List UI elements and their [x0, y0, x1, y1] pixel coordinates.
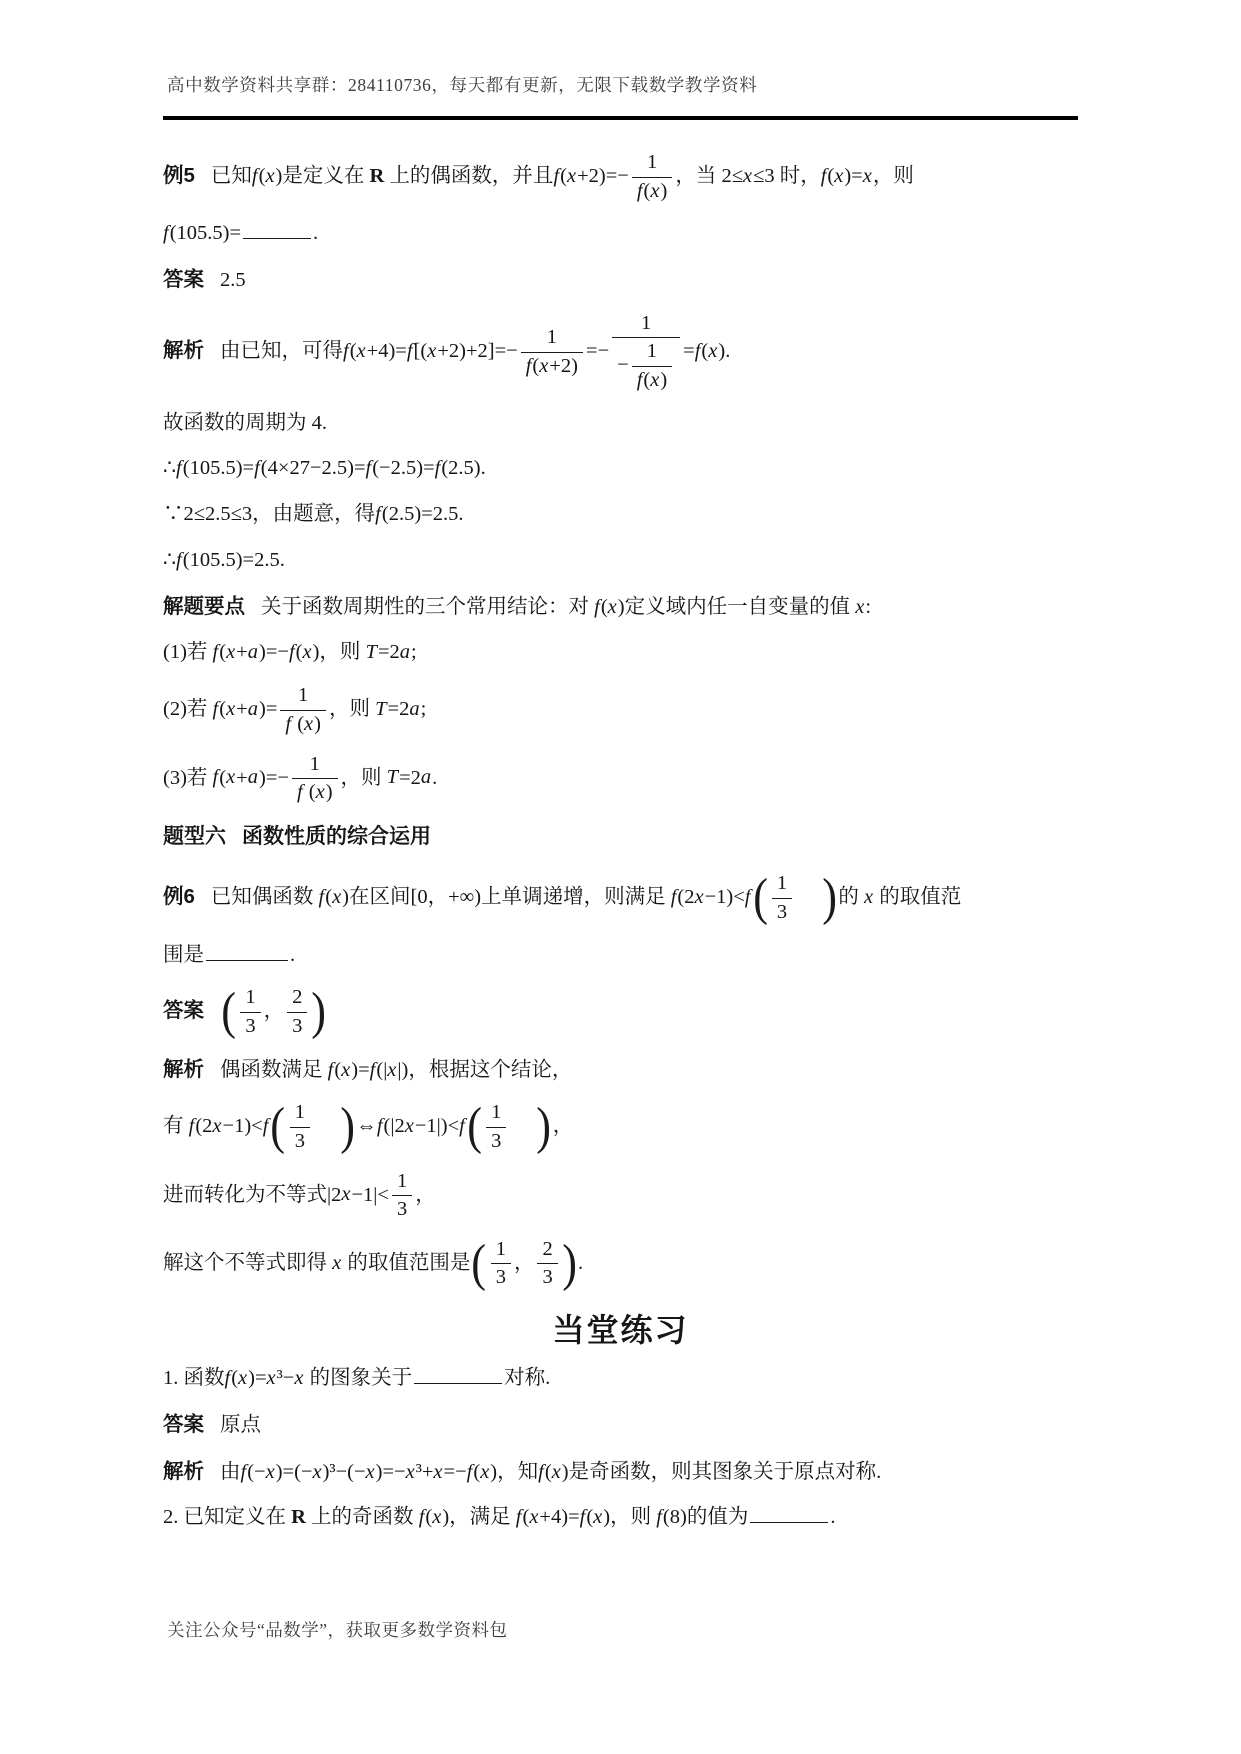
text-run: 在区间[0，+∞)上单调递增，则满足: [349, 886, 671, 908]
fraction-denominator: −1f(x): [612, 337, 680, 393]
math-run: =−: [586, 340, 609, 362]
math-run: 1: [397, 1170, 407, 1192]
text-run: ，知: [497, 1461, 538, 1483]
math-run: 1: [647, 151, 657, 173]
text-run: ，: [553, 1115, 574, 1137]
fraction-denominator: 3: [240, 1012, 260, 1040]
text-run: 解这个不等式即得: [163, 1252, 332, 1274]
math-run: f(x)=f(|x|): [328, 1059, 409, 1081]
math-run: 2≤x≤3: [721, 165, 774, 187]
math-run: f(105.5)=: [163, 222, 241, 244]
math-run: 1: [496, 1238, 506, 1260]
fraction-denominator: f(x): [632, 366, 672, 394]
math-run: |2x−1|<: [327, 1183, 389, 1205]
text-run: .: [313, 222, 318, 244]
math-run: f(−x)=(−x)³−(−x)=−x³+x=−f(x): [241, 1461, 498, 1483]
math-run: f(x): [419, 1506, 449, 1528]
fraction-denominator: f(x+2): [521, 352, 583, 380]
text-run: ;: [411, 641, 417, 663]
practice-q1-answer: 答案原点: [163, 1409, 1078, 1442]
example6-analysis: 解析偶函数满足 f(x)=f(|x|)，根据这个结论，: [163, 1054, 1078, 1087]
math-run: x: [332, 1252, 342, 1274]
math-fraction: 13: [772, 871, 792, 925]
page-header-text: 高中数学资料共享群：284110736，每天都有更新，无限下载数学教学资料: [167, 72, 1078, 97]
math-run: 3: [295, 1130, 305, 1152]
math-fraction: 1f(x): [632, 150, 672, 204]
text-run: (3)若: [163, 766, 213, 788]
big-paren: (: [221, 986, 236, 1038]
math-run: f(x+4)=f(x): [516, 1506, 610, 1528]
math-run: 1: [547, 326, 557, 348]
fraction-numerator: 1: [632, 339, 672, 366]
text-run: 偶函数满足: [220, 1059, 328, 1081]
math-fraction: 23: [537, 1237, 557, 1291]
math-run: f(x): [594, 596, 624, 618]
math-run: f(x): [637, 180, 667, 202]
math-run: 3: [491, 1130, 501, 1152]
bold-label: 函数性质的综合运用: [242, 825, 431, 848]
math-run: x: [855, 596, 865, 618]
text-run: 是定义在: [282, 165, 369, 187]
math-fraction: 1f(x+2): [521, 325, 583, 379]
bold-label: 解析: [163, 1058, 204, 1081]
math-run: f(8): [656, 1506, 687, 1528]
practice-q2: 2. 已知定义在 R 上的奇函数 f(x)，满足 f(x+4)=f(x)，则 f…: [163, 1502, 1078, 1534]
bold-symbol: R: [370, 165, 385, 187]
analysis-because-line: ∵2≤2.5≤3，由题意，得f(2.5)=2.5.: [163, 499, 1078, 531]
fraction-numerator: 1: [486, 1100, 506, 1127]
text-run: ，: [514, 1252, 535, 1274]
fraction-numerator: 1: [612, 311, 680, 338]
big-paren: (: [472, 1238, 487, 1290]
math-run: 3: [245, 1015, 255, 1037]
fraction-denominator: 3: [537, 1263, 557, 1291]
math-run: f(2.5)=2.5: [375, 503, 458, 525]
math-run: −: [617, 354, 629, 376]
key-point-2: (2)若 f(x+a)=1f (x)，则 T=2a;: [163, 683, 1078, 737]
math-run: f(x+4)=f[(x+2)+2]=−: [343, 340, 518, 362]
math-run: f(x+a)=−: [213, 766, 289, 788]
math-run: f(x)=x³−x: [225, 1367, 305, 1389]
text-run: 上的偶函数，并且: [384, 165, 553, 187]
bold-symbol: R: [291, 1506, 306, 1528]
text-run: 围是: [163, 944, 204, 966]
fraction-denominator: f (x): [280, 710, 326, 738]
text-run: ，当: [675, 165, 721, 187]
math-run: 3: [496, 1266, 506, 1288]
analysis-therefore-line1: ∴f(105.5)=f(4×27−2.5)=f(−2.5)=f(2.5).: [163, 453, 1078, 485]
document-body: 例5已知f(x)是定义在 R 上的偶函数，并且f(x+2)=−1f(x)，当 2…: [163, 150, 1078, 1534]
math-run: f (x): [297, 781, 333, 803]
text-run: (2)若: [163, 698, 213, 720]
example5-answer: 答案2.5: [163, 264, 1078, 297]
math-run: f(x+a)=−f(x): [213, 641, 320, 663]
text-run: .: [578, 1252, 583, 1274]
practice-q1: 1. 函数f(x)=x³−x 的图象关于对称.: [163, 1363, 1078, 1395]
text-run: ，则: [329, 698, 375, 720]
math-run: 2: [542, 1238, 552, 1260]
text-run: 有: [163, 1115, 189, 1137]
text-run: ;: [421, 698, 427, 720]
example5-analysis: 解析由已知，可得f(x+4)=f[(x+2)+2]=−1f(x+2)=−1−1f…: [163, 311, 1078, 394]
fraction-denominator: 3: [290, 1127, 310, 1155]
math-run: T=2a: [387, 766, 432, 788]
text-run: 时，: [775, 165, 821, 187]
text-run: 2.5: [220, 269, 246, 291]
text-run: 的值为: [687, 1506, 749, 1528]
text-run: ，则: [873, 165, 914, 187]
bold-label: 解题要点: [163, 595, 245, 618]
text-run: 的: [838, 886, 864, 908]
bold-label: 答案: [163, 999, 204, 1022]
bold-label: 例6: [163, 885, 195, 908]
text-run: .: [458, 503, 463, 525]
fraction-numerator: 1: [772, 871, 792, 898]
answer-blank: [750, 1505, 828, 1523]
math-run: 3: [777, 901, 787, 923]
math-run: 3: [542, 1266, 552, 1288]
header-rule: [163, 116, 1078, 120]
text-run: ，: [264, 1000, 285, 1022]
math-fraction: 13: [491, 1237, 511, 1291]
fraction-numerator: 1: [240, 985, 260, 1012]
key-points-intro: 解题要点关于函数周期性的三个常用结论：对 f(x)定义域内任一自变量的值 x:: [163, 591, 1078, 624]
example6-analysis-line4: 解这个不等式即得 x 的取值范围是(13，23).: [163, 1237, 1078, 1291]
text-run: (1)若: [163, 641, 213, 663]
math-run: 1: [310, 753, 320, 775]
fraction-denominator: 3: [772, 898, 792, 926]
example6-analysis-line3: 进而转化为不等式|2x−1|<13，: [163, 1169, 1078, 1223]
math-run: f(x): [252, 165, 282, 187]
math-run: 1: [491, 1101, 501, 1123]
text-run: ，则: [610, 1506, 656, 1528]
example5-problem: 例5已知f(x)是定义在 R 上的偶函数，并且f(x+2)=−1f(x)，当 2…: [163, 150, 1078, 204]
math-fraction: 13: [486, 1100, 506, 1154]
math-fraction: 1f(x): [632, 339, 672, 393]
math-run: f(x+a)=: [213, 698, 278, 720]
key-point-3: (3)若 f(x+a)=−1f (x)，则 T=2a.: [163, 752, 1078, 806]
bold-label: 解析: [163, 339, 204, 362]
text-run: 的图象关于: [304, 1367, 412, 1389]
math-run: 1: [298, 684, 308, 706]
text-run: ，则: [341, 766, 387, 788]
big-paren: ): [312, 986, 327, 1038]
math-run: ∴f(105.5)=2.5: [163, 549, 280, 571]
text-run: .: [725, 340, 730, 362]
math-run: f(x+2): [526, 355, 578, 377]
big-paren: ): [822, 872, 837, 924]
example6-answer: 答案(13，23): [163, 985, 1078, 1039]
big-paren: ): [340, 1101, 355, 1153]
answer-blank: [243, 221, 311, 239]
answer-blank: [206, 942, 288, 960]
analysis-period-line: 故函数的周期为 4.: [163, 408, 1078, 440]
bold-label: 题型六: [163, 825, 226, 848]
analysis-therefore-line2: ∴f(105.5)=2.5.: [163, 545, 1078, 577]
math-fraction: 13: [290, 1100, 310, 1154]
text-run: ，满足: [449, 1506, 516, 1528]
math-run: T=2a: [375, 698, 420, 720]
math-run: 2: [292, 986, 302, 1008]
fraction-denominator: 3: [287, 1012, 307, 1040]
math-run: 1: [647, 340, 657, 362]
math-run: f(2x−1)<f: [189, 1115, 270, 1137]
math-run: f(x): [538, 1461, 568, 1483]
text-run: 是奇函数，则其图象关于原点对称.: [569, 1461, 882, 1483]
text-run: ，则: [319, 641, 365, 663]
page: 高中数学资料共享群：284110736，每天都有更新，无限下载数学教学资料 例5…: [0, 0, 1241, 1754]
text-run: ，由题意，得: [252, 503, 375, 525]
text-run: ，根据这个结论，: [408, 1059, 572, 1081]
fraction-numerator: 1: [392, 1169, 412, 1196]
text-run: :: [865, 596, 871, 618]
math-run: f (x): [285, 713, 321, 735]
page-footer-text: 关注公众号“品数学”，获取更多数学资料包: [167, 1617, 508, 1642]
example6-analysis-line2: 有 f(2x−1)<f(13)⇔f(|2x−1|)<f(13)，: [163, 1100, 1078, 1154]
fraction-numerator: 2: [537, 1237, 557, 1264]
bold-label: 答案: [163, 1413, 204, 1436]
math-run: f(2x−1)<f: [671, 886, 752, 908]
text-run: 进而转化为不等式: [163, 1183, 327, 1205]
math-run: 1: [295, 1101, 305, 1123]
example5-problem-line2: f(105.5)=.: [163, 218, 1078, 250]
math-fraction: 23: [287, 985, 307, 1039]
answer-blank: [414, 1366, 502, 1384]
math-fraction: 1f (x): [292, 752, 338, 806]
math-run: 1: [777, 872, 787, 894]
example6-problem-line2: 围是.: [163, 940, 1078, 972]
fraction-denominator: 3: [491, 1263, 511, 1291]
text-run: 上的奇函数: [306, 1506, 419, 1528]
practice-q1-analysis: 解析由f(−x)=(−x)³−(−x)=−x³+x=−f(x)，知f(x)是奇函…: [163, 1456, 1078, 1489]
math-run: ∵2≤2.5≤3: [163, 503, 252, 525]
bold-label: 解析: [163, 1460, 204, 1483]
fraction-numerator: 1: [521, 325, 583, 352]
math-run: ⇔f(|2x−1|)<f: [356, 1115, 466, 1137]
text-run: .: [830, 1506, 835, 1528]
text-run: 已知: [211, 165, 252, 187]
text-run: .: [290, 944, 295, 966]
fraction-numerator: 1: [280, 683, 326, 710]
big-paren: (: [753, 872, 768, 924]
math-run: f(x): [319, 886, 349, 908]
text-run: 当堂练习: [552, 1312, 688, 1348]
text-run: 2. 已知定义在: [163, 1506, 291, 1528]
bold-label: 例5: [163, 164, 195, 187]
math-run: =f(x): [683, 340, 725, 362]
topic6-heading: 题型六函数性质的综合运用: [163, 820, 1078, 854]
fraction-denominator: 3: [486, 1127, 506, 1155]
text-run: 原点: [220, 1414, 261, 1436]
text-run: 故函数的周期为 4.: [163, 412, 327, 434]
text-run: ，: [415, 1183, 436, 1205]
text-run: 已知偶函数: [211, 886, 319, 908]
big-paren: ): [562, 1238, 577, 1290]
key-point-1: (1)若 f(x+a)=−f(x)，则 T=2a;: [163, 637, 1078, 669]
text-run: 的取值范围是: [342, 1252, 470, 1274]
text-run: 的取值范: [874, 886, 961, 908]
math-run: f(x)=x: [821, 165, 873, 187]
math-run: 3: [397, 1198, 407, 1220]
text-run: .: [481, 457, 486, 479]
math-fraction: 13: [392, 1169, 412, 1223]
text-run: 由已知，可得: [220, 340, 343, 362]
fraction-denominator: 3: [392, 1195, 412, 1223]
math-fraction: 13: [240, 985, 260, 1039]
big-paren: (: [467, 1101, 482, 1153]
fraction-numerator: 1: [632, 150, 672, 177]
text-run: 1. 函数: [163, 1367, 225, 1389]
math-run: 1: [641, 312, 651, 334]
fraction-numerator: 2: [287, 985, 307, 1012]
fraction-numerator: 1: [491, 1237, 511, 1264]
text-run: 对称.: [504, 1367, 550, 1389]
text-run: 关于函数周期性的三个常用结论：对: [261, 596, 594, 618]
fraction-numerator: 1: [290, 1100, 310, 1127]
math-fraction: 1−1f(x): [612, 311, 680, 394]
practice-heading: 当堂练习: [163, 1305, 1078, 1351]
bold-label: 答案: [163, 268, 204, 291]
math-run: 1: [245, 986, 255, 1008]
math-run: ∴f(105.5)=f(4×27−2.5)=f(−2.5)=f(2.5): [163, 457, 481, 479]
math-run: T=2a: [366, 641, 411, 663]
math-run: f(x+2)=−: [553, 165, 628, 187]
text-run: .: [432, 766, 437, 788]
math-run: 3: [292, 1015, 302, 1037]
math-fraction: 1f (x): [280, 683, 326, 737]
big-paren: ): [537, 1101, 552, 1153]
example6-problem: 例6已知偶函数 f(x)在区间[0，+∞)上单调递增，则满足 f(2x−1)<f…: [163, 871, 1078, 925]
math-run: f(x): [637, 369, 667, 391]
text-run: 由: [220, 1461, 241, 1483]
math-run: x: [864, 886, 874, 908]
text-run: 定义域内任一自变量的值: [625, 596, 856, 618]
big-paren: (: [271, 1101, 286, 1153]
text-run: .: [280, 549, 285, 571]
fraction-denominator: f (x): [292, 778, 338, 806]
fraction-denominator: f(x): [632, 177, 672, 205]
fraction-numerator: 1: [292, 752, 338, 779]
